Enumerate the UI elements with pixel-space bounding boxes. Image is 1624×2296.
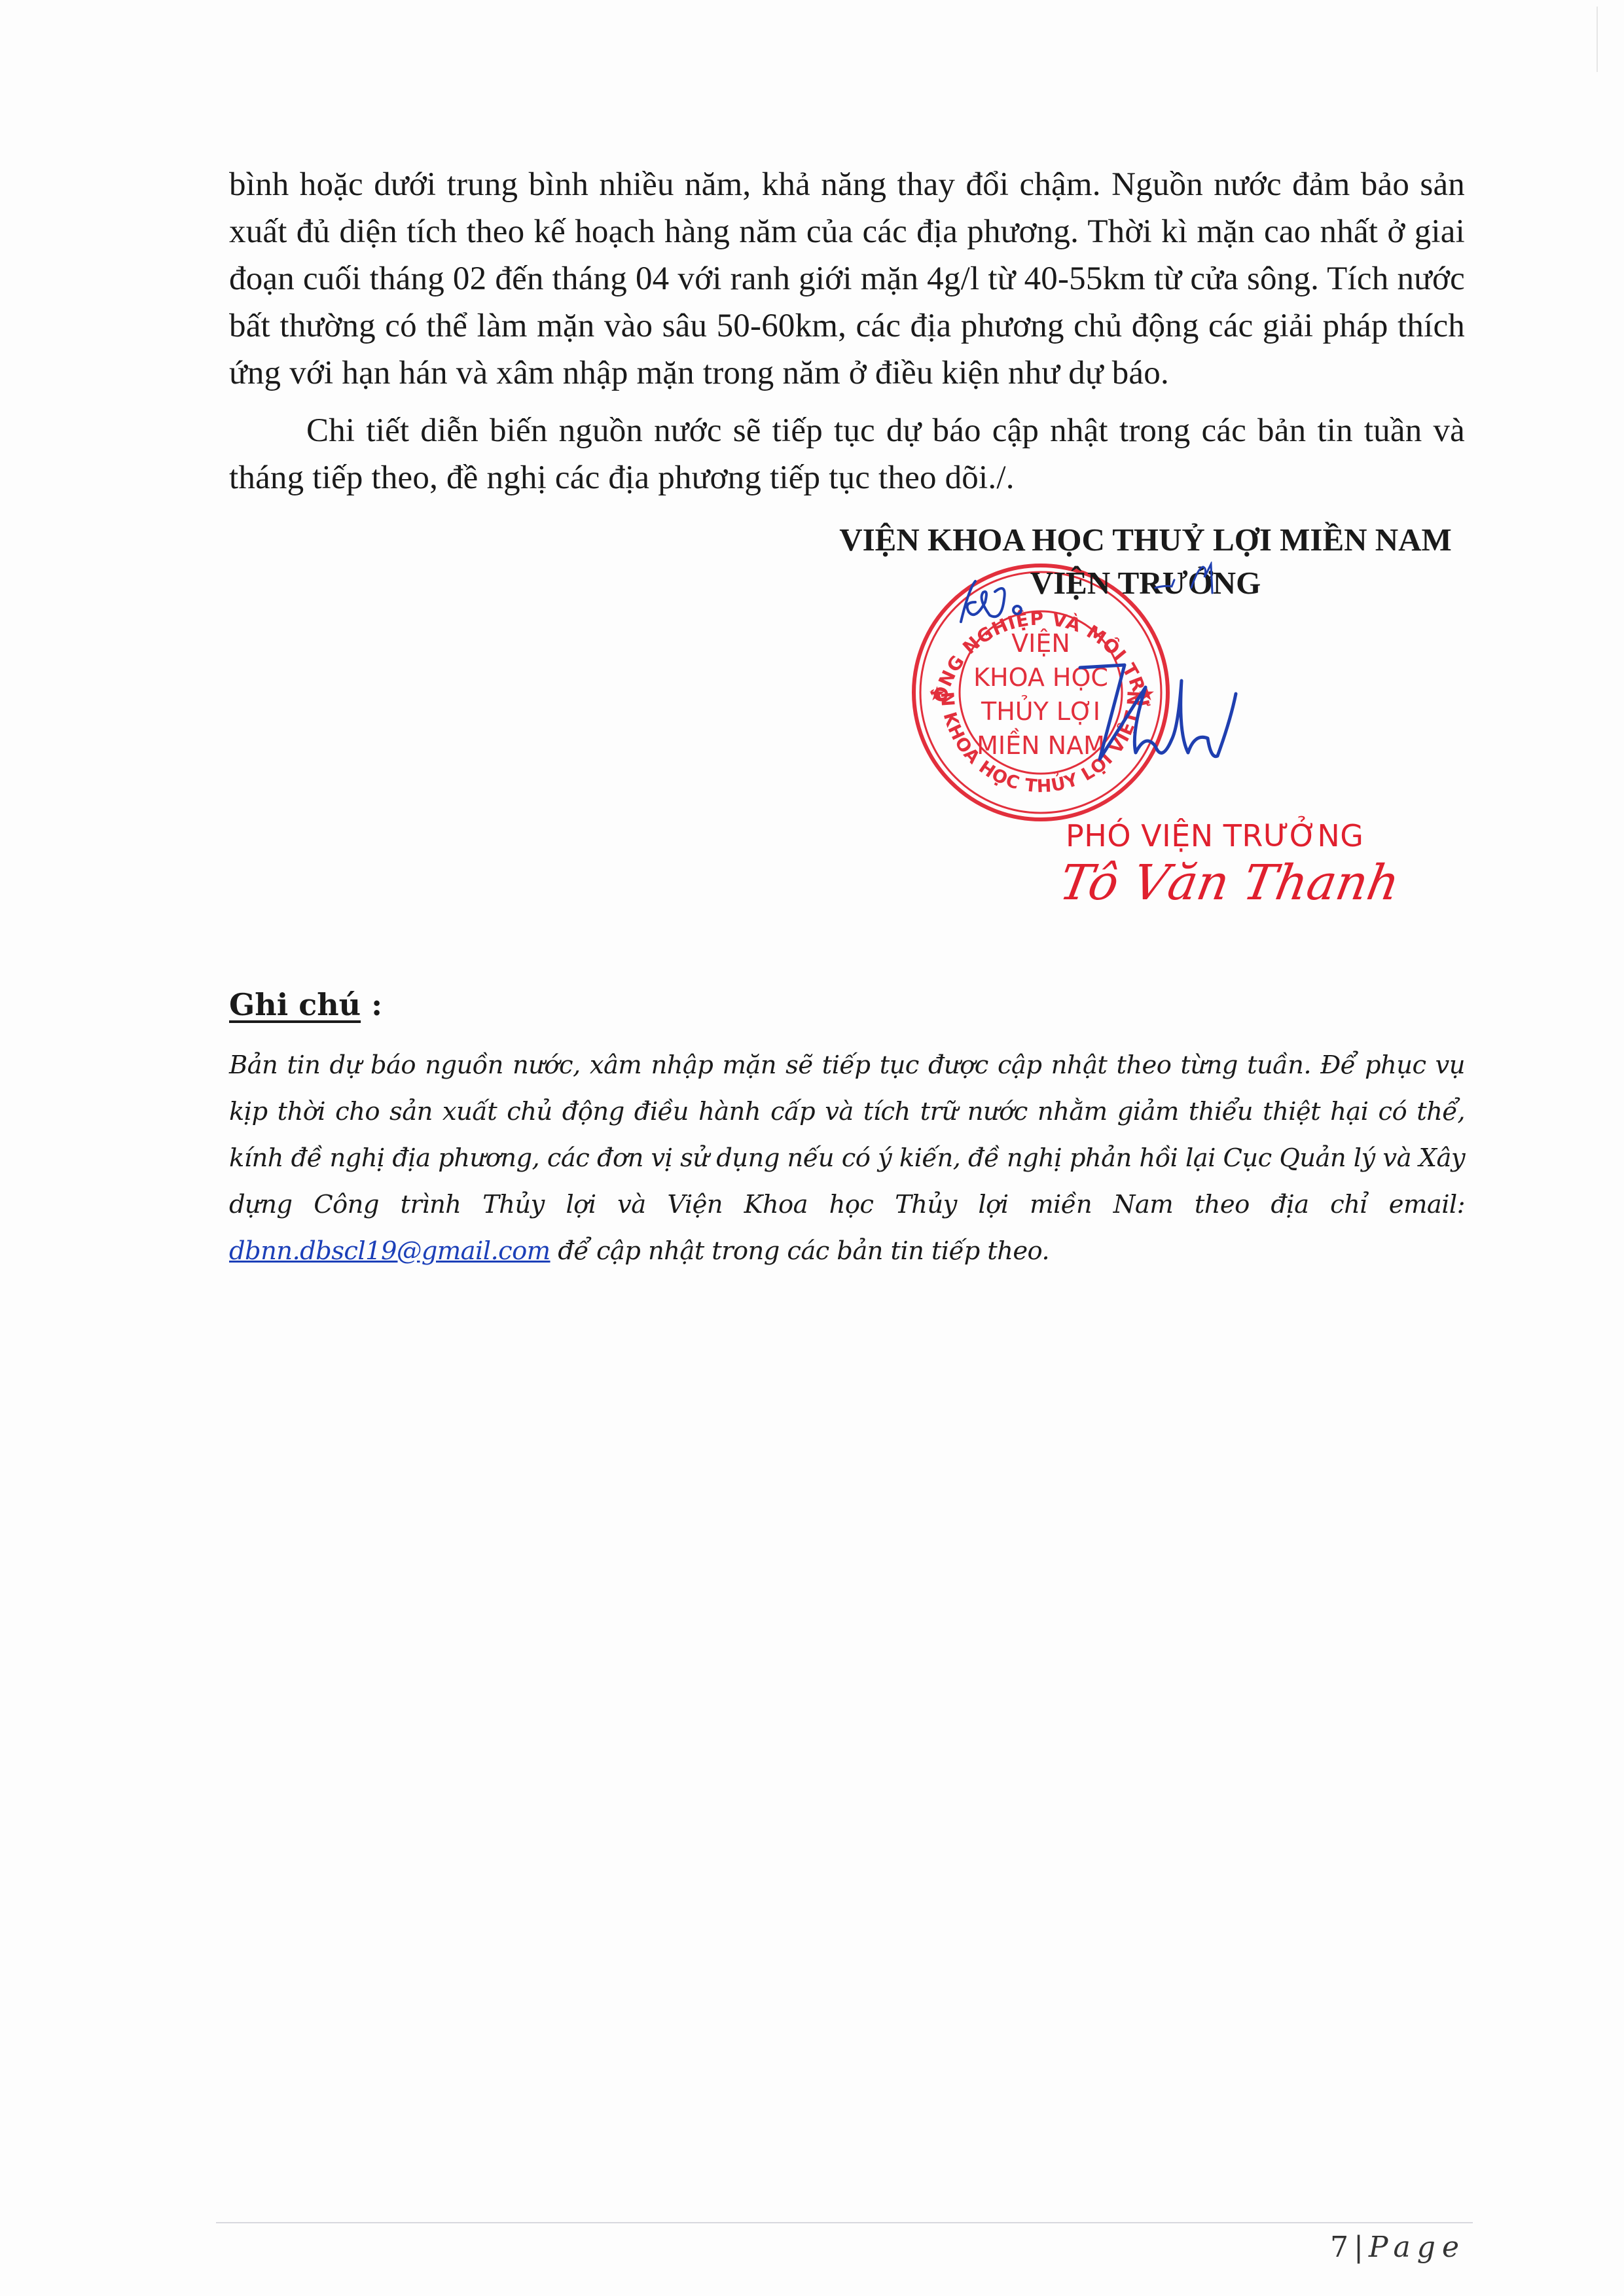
svg-text:THỦY LỢI: THỦY LỢI	[981, 696, 1100, 726]
feedback-email-link[interactable]: dbnn.dbscl19@gmail.com	[229, 1236, 550, 1266]
note-heading-colon: :	[361, 987, 382, 1022]
deputy-title-stamp: PHÓ VIỆN TRƯỞNG	[1066, 818, 1363, 853]
body-paragraph-2: Chi tiết diễn biến nguồn nước sẽ tiếp tụ…	[229, 407, 1465, 501]
page-number-separator: |	[1354, 2231, 1363, 2264]
note-body: Bản tin dự báo nguồn nước, xâm nhập mặn …	[229, 1042, 1465, 1274]
star-icon: ★	[1138, 683, 1155, 706]
signer-role: VIỆN TRƯỞNG	[812, 562, 1479, 605]
signature-heading: VIỆN KHOA HỌC THUỶ LỢI MIỀN NAM VIỆN TRƯ…	[812, 518, 1479, 605]
note-text-after-email: để cập nhật trong các bản tin tiếp theo.	[550, 1236, 1050, 1266]
scan-edge	[1597, 7, 1598, 72]
page-label: Page	[1369, 2231, 1466, 2264]
note-text-before-email: Bản tin dự báo nguồn nước, xâm nhập mặn …	[229, 1050, 1465, 1219]
svg-text:VIỆN: VIỆN	[1011, 629, 1070, 658]
organization-name: VIỆN KHOA HỌC THUỶ LỢI MIỀN NAM	[812, 518, 1479, 562]
note-heading: Ghi chú :	[229, 987, 382, 1022]
note-heading-label: Ghi chú	[229, 987, 361, 1022]
svg-text:KHOA HỌC: KHOA HỌC	[973, 663, 1108, 692]
page-number-value: 7	[1330, 2231, 1348, 2264]
body-paragraph-1: bình hoặc dưới trung bình nhiều năm, khả…	[229, 161, 1465, 397]
star-icon: ★	[928, 683, 946, 706]
svg-text:MIỀN NAM: MIỀN NAM	[977, 728, 1105, 760]
page-number: 7|Page	[1330, 2231, 1466, 2264]
deputy-name-stamp: Tô Văn Thanh	[1055, 855, 1403, 911]
footer-divider	[216, 2222, 1473, 2223]
